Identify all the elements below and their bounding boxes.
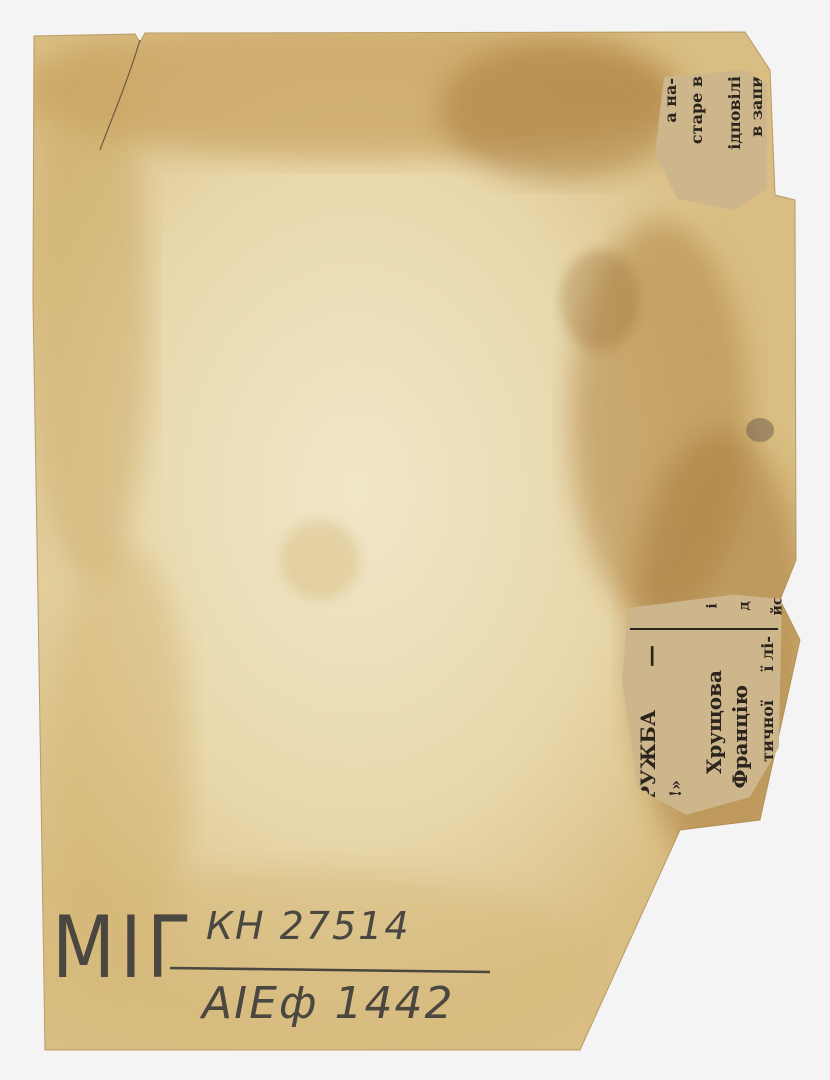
newspaper-clipping-bottom: і д йс ДРУЖБА — !» Хрущова Францію ї лі-…	[622, 590, 782, 815]
clipping-line: ї лі-	[760, 636, 776, 672]
clipping-rule	[630, 628, 778, 630]
clipping-header: д	[737, 601, 753, 610]
clipping-line: !»	[668, 780, 684, 797]
clipping-line: старе в	[689, 76, 705, 144]
clipping-line: в запи	[749, 76, 765, 137]
clipping-line: Хрущова	[704, 670, 724, 774]
clipping-line: а на-	[663, 78, 679, 123]
archive-prefix: МІГ	[52, 898, 197, 998]
clipping-line: Францію	[730, 685, 750, 788]
clipping-line: —	[640, 645, 662, 667]
fund-number: АІЕф 1442	[202, 978, 454, 1029]
clipping-line: ідповілі	[727, 76, 743, 150]
clipping-header: і	[705, 603, 721, 608]
clipping-line: тичної	[760, 700, 776, 762]
inventory-number: КН 27514	[206, 904, 411, 948]
